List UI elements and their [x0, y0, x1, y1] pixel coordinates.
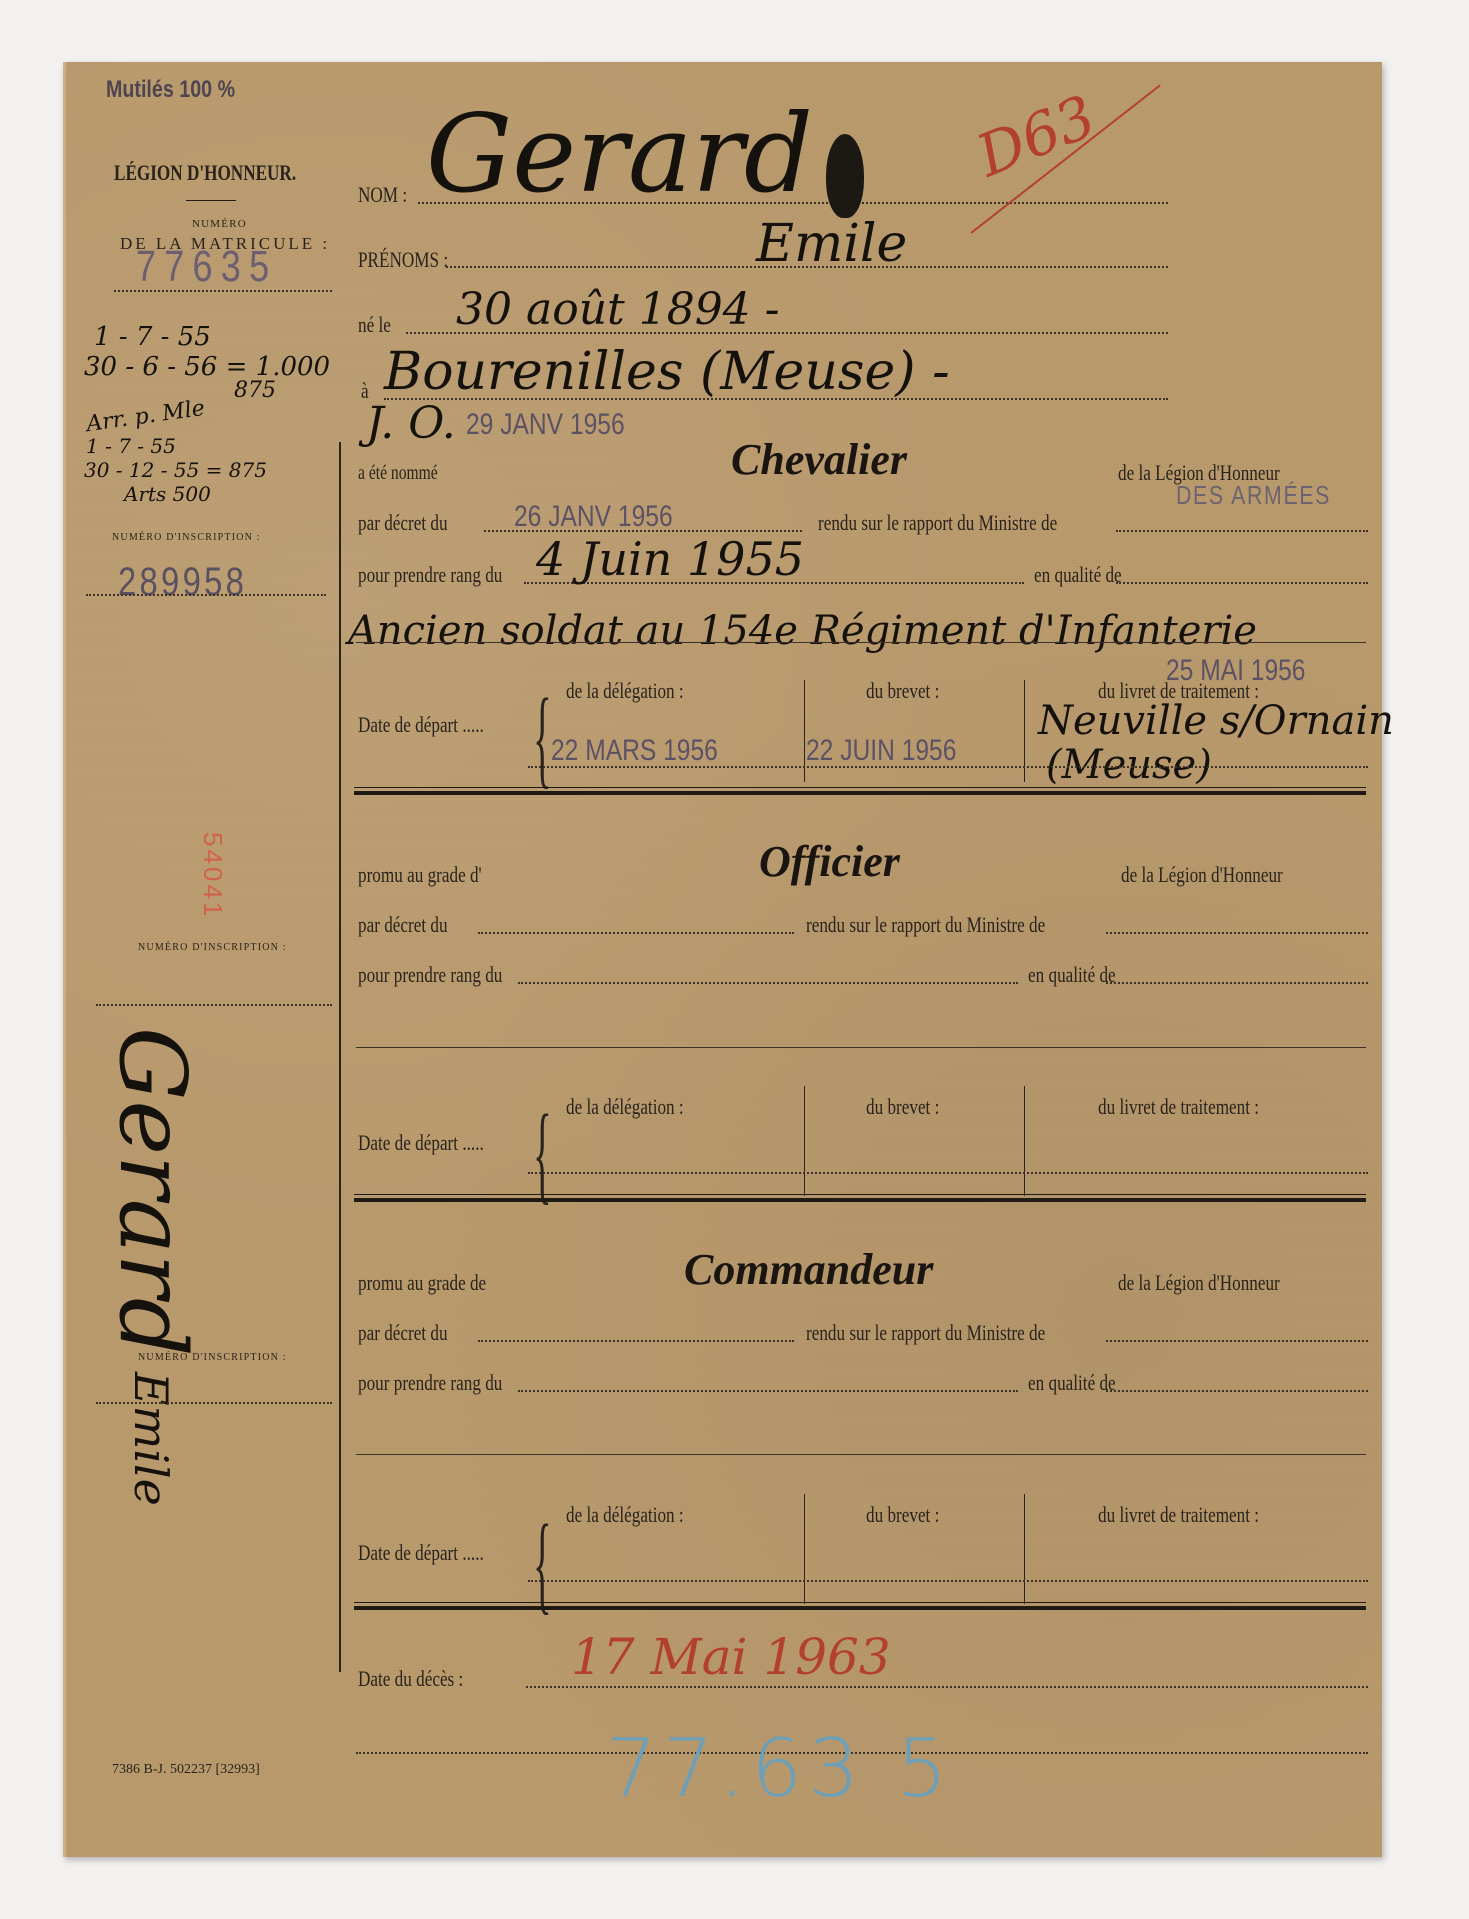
- ne-le-label: né le: [358, 312, 391, 338]
- chevalier-rang-label: pour prendre rang du: [358, 562, 502, 588]
- chevalier-decret-value: 26 JANV 1956: [514, 500, 673, 534]
- ministry-stamp: DES ARMÉES: [1176, 480, 1331, 511]
- commandeur-qualite-rule: [356, 1454, 1366, 1455]
- officier-qualite-label: en qualité de: [1028, 962, 1116, 988]
- matricule-label-1: NUMÉRO: [192, 218, 247, 230]
- officier-qualite-line: [1106, 982, 1368, 984]
- column-divider: [1024, 1086, 1025, 1196]
- officier-depart-label: Date de départ .....: [358, 1130, 484, 1156]
- commandeur-rapport-label: rendu sur le rapport du Ministre de: [806, 1320, 1045, 1346]
- record-card: Mutilés 100 % LÉGION D'HONNEUR. NUMÉRO D…: [63, 62, 1382, 1857]
- inscription-line-2: [96, 1004, 332, 1006]
- chevalier-decret-label: par décret du: [358, 510, 448, 536]
- chevalier-rapport-label: rendu sur le rapport du Ministre de: [818, 510, 1057, 536]
- commandeur-intro: promu au grade de: [358, 1270, 486, 1296]
- commandeur-qualite-line: [1106, 1390, 1368, 1392]
- ink-blot: [826, 134, 864, 218]
- column-divider: [1024, 1494, 1025, 1604]
- officier-livret-label: du livret de traitement :: [1098, 1094, 1259, 1120]
- officier-rapport-line: [1106, 932, 1368, 934]
- a-value: Bourenilles (Meuse) -: [384, 342, 950, 402]
- red-vertical-stamp: 54041: [197, 832, 228, 919]
- nom-value: Gerard: [426, 92, 813, 217]
- qualite-line: [356, 642, 1366, 643]
- inscription-label-2: NUMÉRO D'INSCRIPTION :: [138, 942, 287, 953]
- brace-icon: {: [533, 682, 551, 792]
- section-rule-thick: [354, 791, 1366, 795]
- grade-officier: Officier: [759, 836, 900, 887]
- jo-stamp: 29 JANV 1956: [466, 408, 625, 442]
- chevalier-livret-value-2: (Meuse): [1046, 742, 1212, 788]
- officier-delegation-label: de la délégation :: [566, 1094, 684, 1120]
- officier-qualite-rule: [356, 1047, 1366, 1048]
- commandeur-depart-line: [528, 1580, 1368, 1582]
- inscription-line-1: [86, 594, 326, 596]
- section-rule-thick: [354, 1606, 1366, 1610]
- ne-le-value: 30 août 1894 -: [456, 284, 780, 335]
- matricule-value: 77635: [136, 242, 277, 292]
- commandeur-livret-label: du livret de traitement :: [1098, 1502, 1259, 1528]
- column-divider: [804, 1494, 805, 1604]
- officier-decret-line: [478, 932, 794, 934]
- chevalier-delegation-value: 22 MARS 1956: [551, 734, 718, 768]
- grade-chevalier: Chevalier: [731, 434, 907, 485]
- section-rule-thick: [354, 1198, 1366, 1202]
- chevalier-rapport-line: [1116, 530, 1368, 532]
- prenoms-value: Emile: [756, 214, 907, 274]
- commandeur-decret-label: par décret du: [358, 1320, 448, 1346]
- inscription-value-1: 289958: [118, 560, 247, 605]
- chevalier-intro: a été nommé: [358, 462, 438, 485]
- chevalier-qualite-value: Ancien soldat au 154e Régiment d'Infante…: [348, 608, 1257, 654]
- note-line: 875: [234, 378, 276, 403]
- officier-brevet-label: du brevet :: [866, 1094, 939, 1120]
- section-rule: [354, 787, 1366, 788]
- commandeur-decret-line: [478, 1340, 794, 1342]
- nom-label: NOM :: [358, 182, 407, 208]
- sidebar-divider: [339, 442, 341, 1672]
- note-line: 30 - 6 - 56 = 1.000: [84, 352, 330, 382]
- sidebar-title: LÉGION D'HONNEUR.: [114, 160, 296, 186]
- chevalier-livret-value-1: Neuville s/Ornain: [1038, 698, 1394, 744]
- officier-rang-line: [518, 982, 1018, 984]
- section-rule: [354, 1194, 1366, 1195]
- chevalier-delegation-label: de la délégation :: [566, 678, 684, 704]
- brace-icon: {: [533, 1098, 551, 1208]
- commandeur-delegation-label: de la délégation :: [566, 1502, 684, 1528]
- inscription-line-3: [96, 1402, 332, 1404]
- matricule-line: [114, 290, 332, 292]
- jo-value: J. O.: [366, 398, 456, 449]
- commandeur-rapport-line: [1106, 1340, 1368, 1342]
- deces-label: Date du décès :: [358, 1666, 463, 1692]
- commandeur-rang-line: [518, 1390, 1018, 1392]
- vertical-given-name: Emile: [124, 1372, 178, 1506]
- inscription-label-3: NUMÉRO D'INSCRIPTION :: [138, 1352, 287, 1363]
- note-line: Arts 500: [124, 482, 211, 506]
- blue-pencil-number: 77.63 5: [606, 1722, 953, 1815]
- commandeur-qualite-label: en qualité de: [1028, 1370, 1116, 1396]
- note-line: 1 - 7 - 55: [86, 434, 176, 458]
- chevalier-rang-value: 4 Juin 1955: [536, 532, 804, 586]
- inscription-label-1: NUMÉRO D'INSCRIPTION :: [112, 532, 261, 543]
- printer-mark: 7386 B-J. 502237 [32993]: [112, 1762, 260, 1778]
- chevalier-depart-line: [528, 766, 1368, 768]
- chevalier-qualite-line: [1116, 582, 1368, 584]
- vertical-surname: Gerard: [99, 1027, 206, 1357]
- note-line: 30 - 12 - 55 = 875: [84, 458, 267, 482]
- chevalier-brevet-label: du brevet :: [866, 678, 939, 704]
- grade-commandeur: Commandeur: [684, 1244, 933, 1295]
- column-divider: [804, 1086, 805, 1196]
- title-divider: [186, 200, 236, 201]
- note-line: 1 - 7 - 55: [94, 322, 211, 352]
- chevalier-brevet-value: 22 JUIN 1956: [806, 734, 956, 768]
- chevalier-qualite-label: en qualité de: [1034, 562, 1122, 588]
- red-annotation: D63: [968, 82, 1105, 190]
- mutiles-stamp: Mutilés 100 %: [106, 76, 235, 104]
- commandeur-legion: de la Légion d'Honneur: [1118, 1270, 1280, 1296]
- officier-rang-label: pour prendre rang du: [358, 962, 502, 988]
- commandeur-depart-label: Date de départ .....: [358, 1540, 484, 1566]
- officier-legion: de la Légion d'Honneur: [1121, 862, 1283, 888]
- commandeur-rang-label: pour prendre rang du: [358, 1370, 502, 1396]
- officier-decret-label: par décret du: [358, 912, 448, 938]
- officier-rapport-label: rendu sur le rapport du Ministre de: [806, 912, 1045, 938]
- deces-line: [526, 1686, 1368, 1688]
- prenoms-label: PRÉNOMS :: [358, 247, 448, 273]
- section-rule: [354, 1602, 1366, 1603]
- note-line: Arr. p. Mle: [85, 396, 206, 437]
- officier-depart-line: [528, 1172, 1368, 1174]
- officier-intro: promu au grade d': [358, 862, 482, 888]
- commandeur-brevet-label: du brevet :: [866, 1502, 939, 1528]
- chevalier-depart-label: Date de départ .....: [358, 712, 484, 738]
- deces-value: 17 Mai 1963: [571, 1628, 891, 1686]
